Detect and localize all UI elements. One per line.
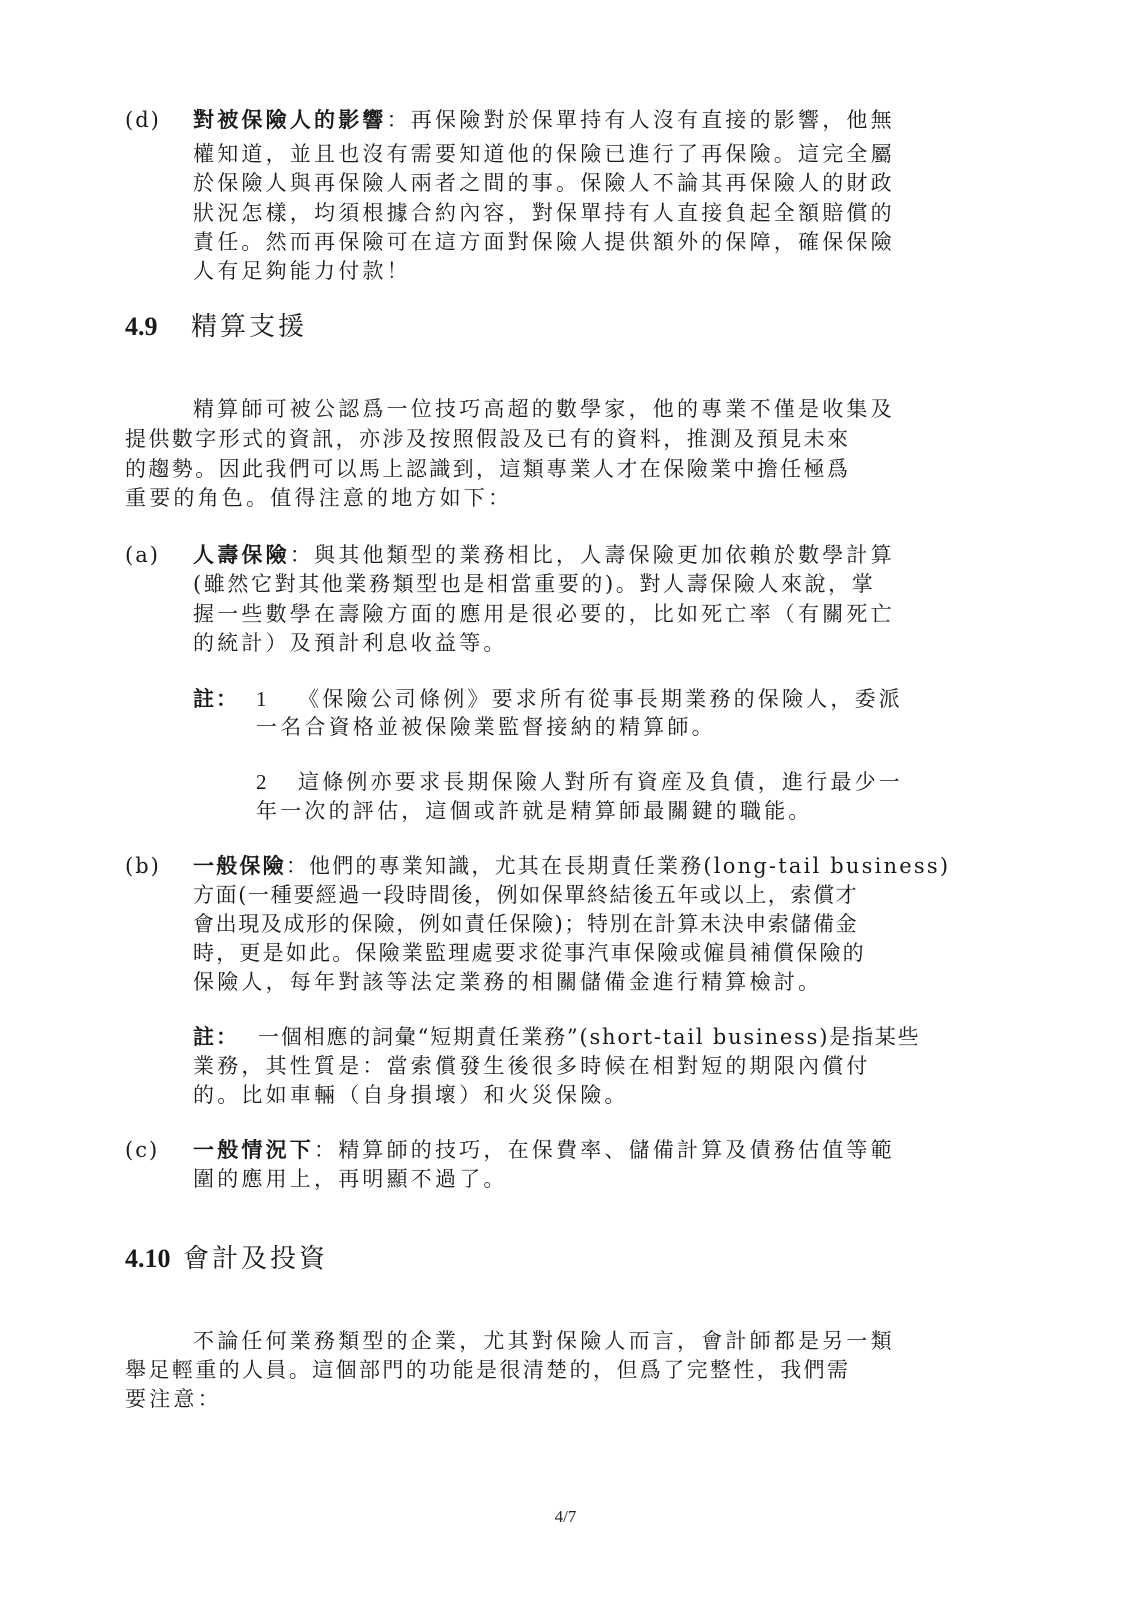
item-text-line: 權知道，並且也沒有需要知道他的保險已進行了再保險。這完全屬	[193, 140, 895, 168]
item-term: 一般保險	[193, 853, 286, 878]
note-text-line: 《保險公司條例》要求所有從事長期業務的保險人，委派	[298, 685, 903, 713]
item-text-line: 會出現及成形的保險，例如責任保險)；特別在計算未決申索儲備金	[193, 910, 858, 938]
item-text-line: 責任。然而再保險可在這方面對保險人提供額外的保障，確保保險	[193, 228, 895, 256]
paragraph-line: 舉足輕重的人員。這個部門的功能是很清楚的，但爲了完整性，我們需	[125, 1356, 850, 1384]
item-text-line: 時，更是如此。保險業監理處要求從事汽車保險或僱員補償保險的	[193, 939, 866, 967]
item-label: (a)	[125, 541, 160, 569]
section-number: 4.9	[125, 310, 191, 344]
paragraph-line: 精算師可被公認爲一位技巧高超的數學家，他的專業不僅是收集及	[193, 395, 895, 423]
note-text-line: 一名合資格並被保險業監督接納的精算師。	[256, 713, 716, 741]
item-text-line: 人有足夠能力付款！	[193, 257, 411, 285]
item-term: 對被保險人的影響	[193, 107, 387, 132]
item-text-line: 人壽保險：與其他類型的業務相比，人壽保險更加依賴於數學計算	[193, 541, 895, 569]
paragraph-line: 要注意：	[125, 1385, 222, 1413]
item-text-line: 一般保險：他們的專業知識，尤其在長期責任業務(long-tail busines…	[193, 852, 950, 880]
section-heading-4-9: 4.9精算支援	[125, 310, 307, 344]
item-text-line: 於保險人與再保險人兩者之間的事。保險人不論其再保險人的財政	[193, 169, 895, 197]
note-text-line: 業務，其性質是：當索償發生後很多時候在相對短的期限內償付	[193, 1052, 871, 1080]
section-title: 精算支援	[191, 312, 307, 342]
item-label: (b)	[125, 852, 161, 880]
page-number: 4/7	[0, 1507, 1131, 1527]
note-text-line: 的。比如車輛（自身損壞）和火災保險。	[193, 1081, 629, 1109]
item-label: (c)	[125, 1136, 159, 1164]
note-text-line: 年一次的評估，這個或許就是精算師最關鍵的職能。	[256, 797, 813, 825]
item-text-line: 保險人，每年對該等法定業務的相關儲備金進行精算檢討。	[193, 968, 822, 996]
note-label: 註：	[193, 685, 239, 713]
item-text-line: (雖然它對其他業務類型也是相當重要的)。對人壽保險人來說，掌	[193, 570, 875, 598]
note-number: 2	[256, 768, 267, 796]
item-text-line: 方面(一種要經過一段時間後，例如保單終結後五年或以上，索償才	[193, 881, 858, 909]
paragraph-line: 重要的角色。值得注意的地方如下：	[125, 484, 512, 512]
item-text-line: 一般情況下：精算師的技巧，在保費率、儲備計算及債務估值等範	[193, 1136, 895, 1164]
paragraph-line: 不論任何業務類型的企業，尤其對保險人而言，會計師都是另一類	[193, 1327, 895, 1355]
item-term: 人壽保險	[193, 542, 290, 567]
item-text-line: 狀況怎樣，均須根據合約內容，對保單持有人直接負起全額賠償的	[193, 199, 895, 227]
item-label: (d)	[125, 106, 161, 134]
section-title: 會計及投資	[183, 1244, 328, 1274]
note-text-line: 一個相應的詞彙“短期責任業務”(short-tail business)是指某些	[258, 1023, 920, 1051]
item-text-line: 圍的應用上，再明顯不過了。	[193, 1165, 508, 1193]
note-text-line: 這條例亦要求長期保險人對所有資産及負債，進行最少一	[298, 768, 903, 796]
item-text-line: 的統計）及預計利息收益等。	[193, 629, 508, 657]
paragraph-line: 的趨勢。因此我們可以馬上認識到，這類專業人才在保險業中擔任極爲	[125, 455, 850, 483]
item-term: 一般情況下	[193, 1137, 314, 1162]
item-text-line: 握一些數學在壽險方面的應用是很必要的，比如死亡率（有關死亡	[193, 600, 895, 628]
item-text-line: 對被保險人的影響：再保險對於保單持有人沒有直接的影響，他無	[193, 106, 895, 134]
note-label: 註：	[193, 1023, 239, 1051]
note-number: 1	[256, 685, 267, 713]
section-heading-4-10: 4.10會計及投資	[125, 1242, 328, 1276]
paragraph-line: 提供數字形式的資訊，亦涉及按照假設及已有的資料，推測及預見未來	[125, 425, 850, 453]
section-number: 4.10	[125, 1242, 183, 1276]
